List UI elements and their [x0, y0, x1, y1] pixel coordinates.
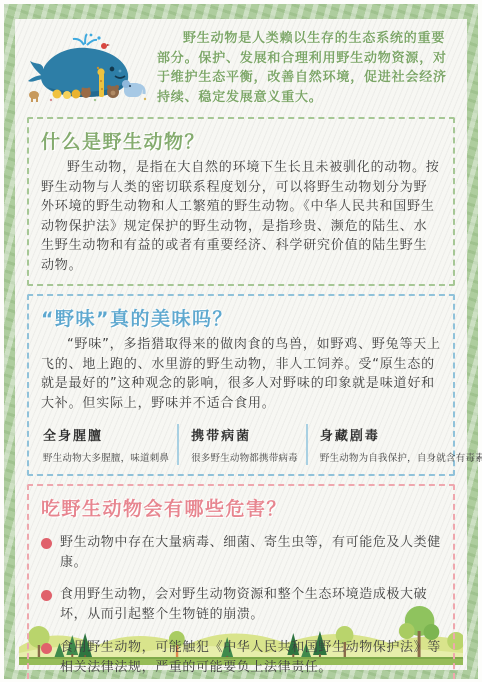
fact-item-germs: 携带病菌 很多野生动物都携带病毒 [177, 424, 306, 465]
harm-bullet: 野生动物中存在大量病毒、细菌、寄生虫等，有可能危及人类健康。 [41, 533, 441, 573]
bullet-dot-icon [41, 590, 52, 601]
poster-page: 野生动物是人类赖以生存的生态系统的重要部分。保护、发展和合理利用野生动物资源，对… [0, 0, 482, 682]
section-is-game-tasty: “野味”真的美味吗？ “野味”，多指猎取得来的做肉食的鸟兽，如野鸡、野兔等天上飞… [27, 294, 455, 476]
section-what-is-wildlife: 什么是野生动物？ 野生动物，是指在大自然的环境下生长且未被驯化的动物。按野生动物… [27, 117, 455, 286]
fact-title: 身藏剧毒 [320, 425, 482, 444]
bullet-dot-icon [41, 643, 52, 654]
fact-item-gamey: 全身腥膻 野生动物大多腥膻，味道刺鼻 [41, 424, 177, 465]
intro-text: 野生动物是人类赖以生存的生态系统的重要部分。保护、发展和合理利用野生动物资源，对… [157, 29, 455, 107]
paper-background: 野生动物是人类赖以生存的生态系统的重要部分。保护、发展和合理利用野生动物资源，对… [15, 19, 467, 670]
fact-title: 携带病菌 [191, 425, 298, 444]
fact-item-poison: 身藏剧毒 野生动物为自我保护，自身就含有毒素 [306, 424, 482, 465]
intro-section: 野生动物是人类赖以生存的生态系统的重要部分。保护、发展和合理利用野生动物资源，对… [25, 27, 457, 109]
facts-row: 全身腥膻 野生动物大多腥膻，味道刺鼻 携带病菌 很多野生动物都携带病毒 身藏剧毒… [41, 424, 441, 465]
section-what-title: 什么是野生动物？ [41, 127, 441, 154]
bullet-dot-icon [41, 538, 52, 549]
harm-text: 食用野生动物，会对野生动物资源和整个生态环境造成极大破坏，从而引起整个生物链的崩… [60, 585, 441, 625]
section-taste-title: “野味”真的美味吗？ [41, 304, 441, 331]
section-taste-body: “野味”，多指猎取得来的做肉食的鸟兽，如野鸡、野兔等天上飞的、地上跑的、水里游的… [41, 335, 441, 413]
section-what-body: 野生动物，是指在大自然的环境下生长且未被驯化的动物。按野生动物与人类的密切联系程… [41, 158, 441, 275]
harm-text: 食用野生动物，可能触犯《中华人民共和国野生动物保护法》等相关法律法规，严重的可能… [60, 638, 441, 678]
fact-title: 全身腥膻 [43, 425, 169, 444]
section-harms: 吃野生动物会有哪些危害？ 野生动物中存在大量病毒、细菌、寄生虫等，有可能危及人类… [27, 484, 455, 682]
harm-bullet: 食用野生动物，可能触犯《中华人民共和国野生动物保护法》等相关法律法规，严重的可能… [41, 638, 441, 678]
fact-desc: 野生动物大多腥膻，味道刺鼻 [43, 450, 169, 464]
harm-text: 野生动物中存在大量病毒、细菌、寄生虫等，有可能危及人类健康。 [60, 533, 441, 573]
harm-bullet: 食用野生动物，会对野生动物资源和整个生态环境造成极大破坏，从而引起整个生物链的崩… [41, 585, 441, 625]
section-harm-title: 吃野生动物会有哪些危害？ [41, 494, 441, 521]
fact-desc: 野生动物为自我保护，自身就含有毒素 [320, 450, 482, 464]
fact-desc: 很多野生动物都携带病毒 [191, 450, 298, 464]
whale-with-animals-illustration [27, 31, 149, 109]
